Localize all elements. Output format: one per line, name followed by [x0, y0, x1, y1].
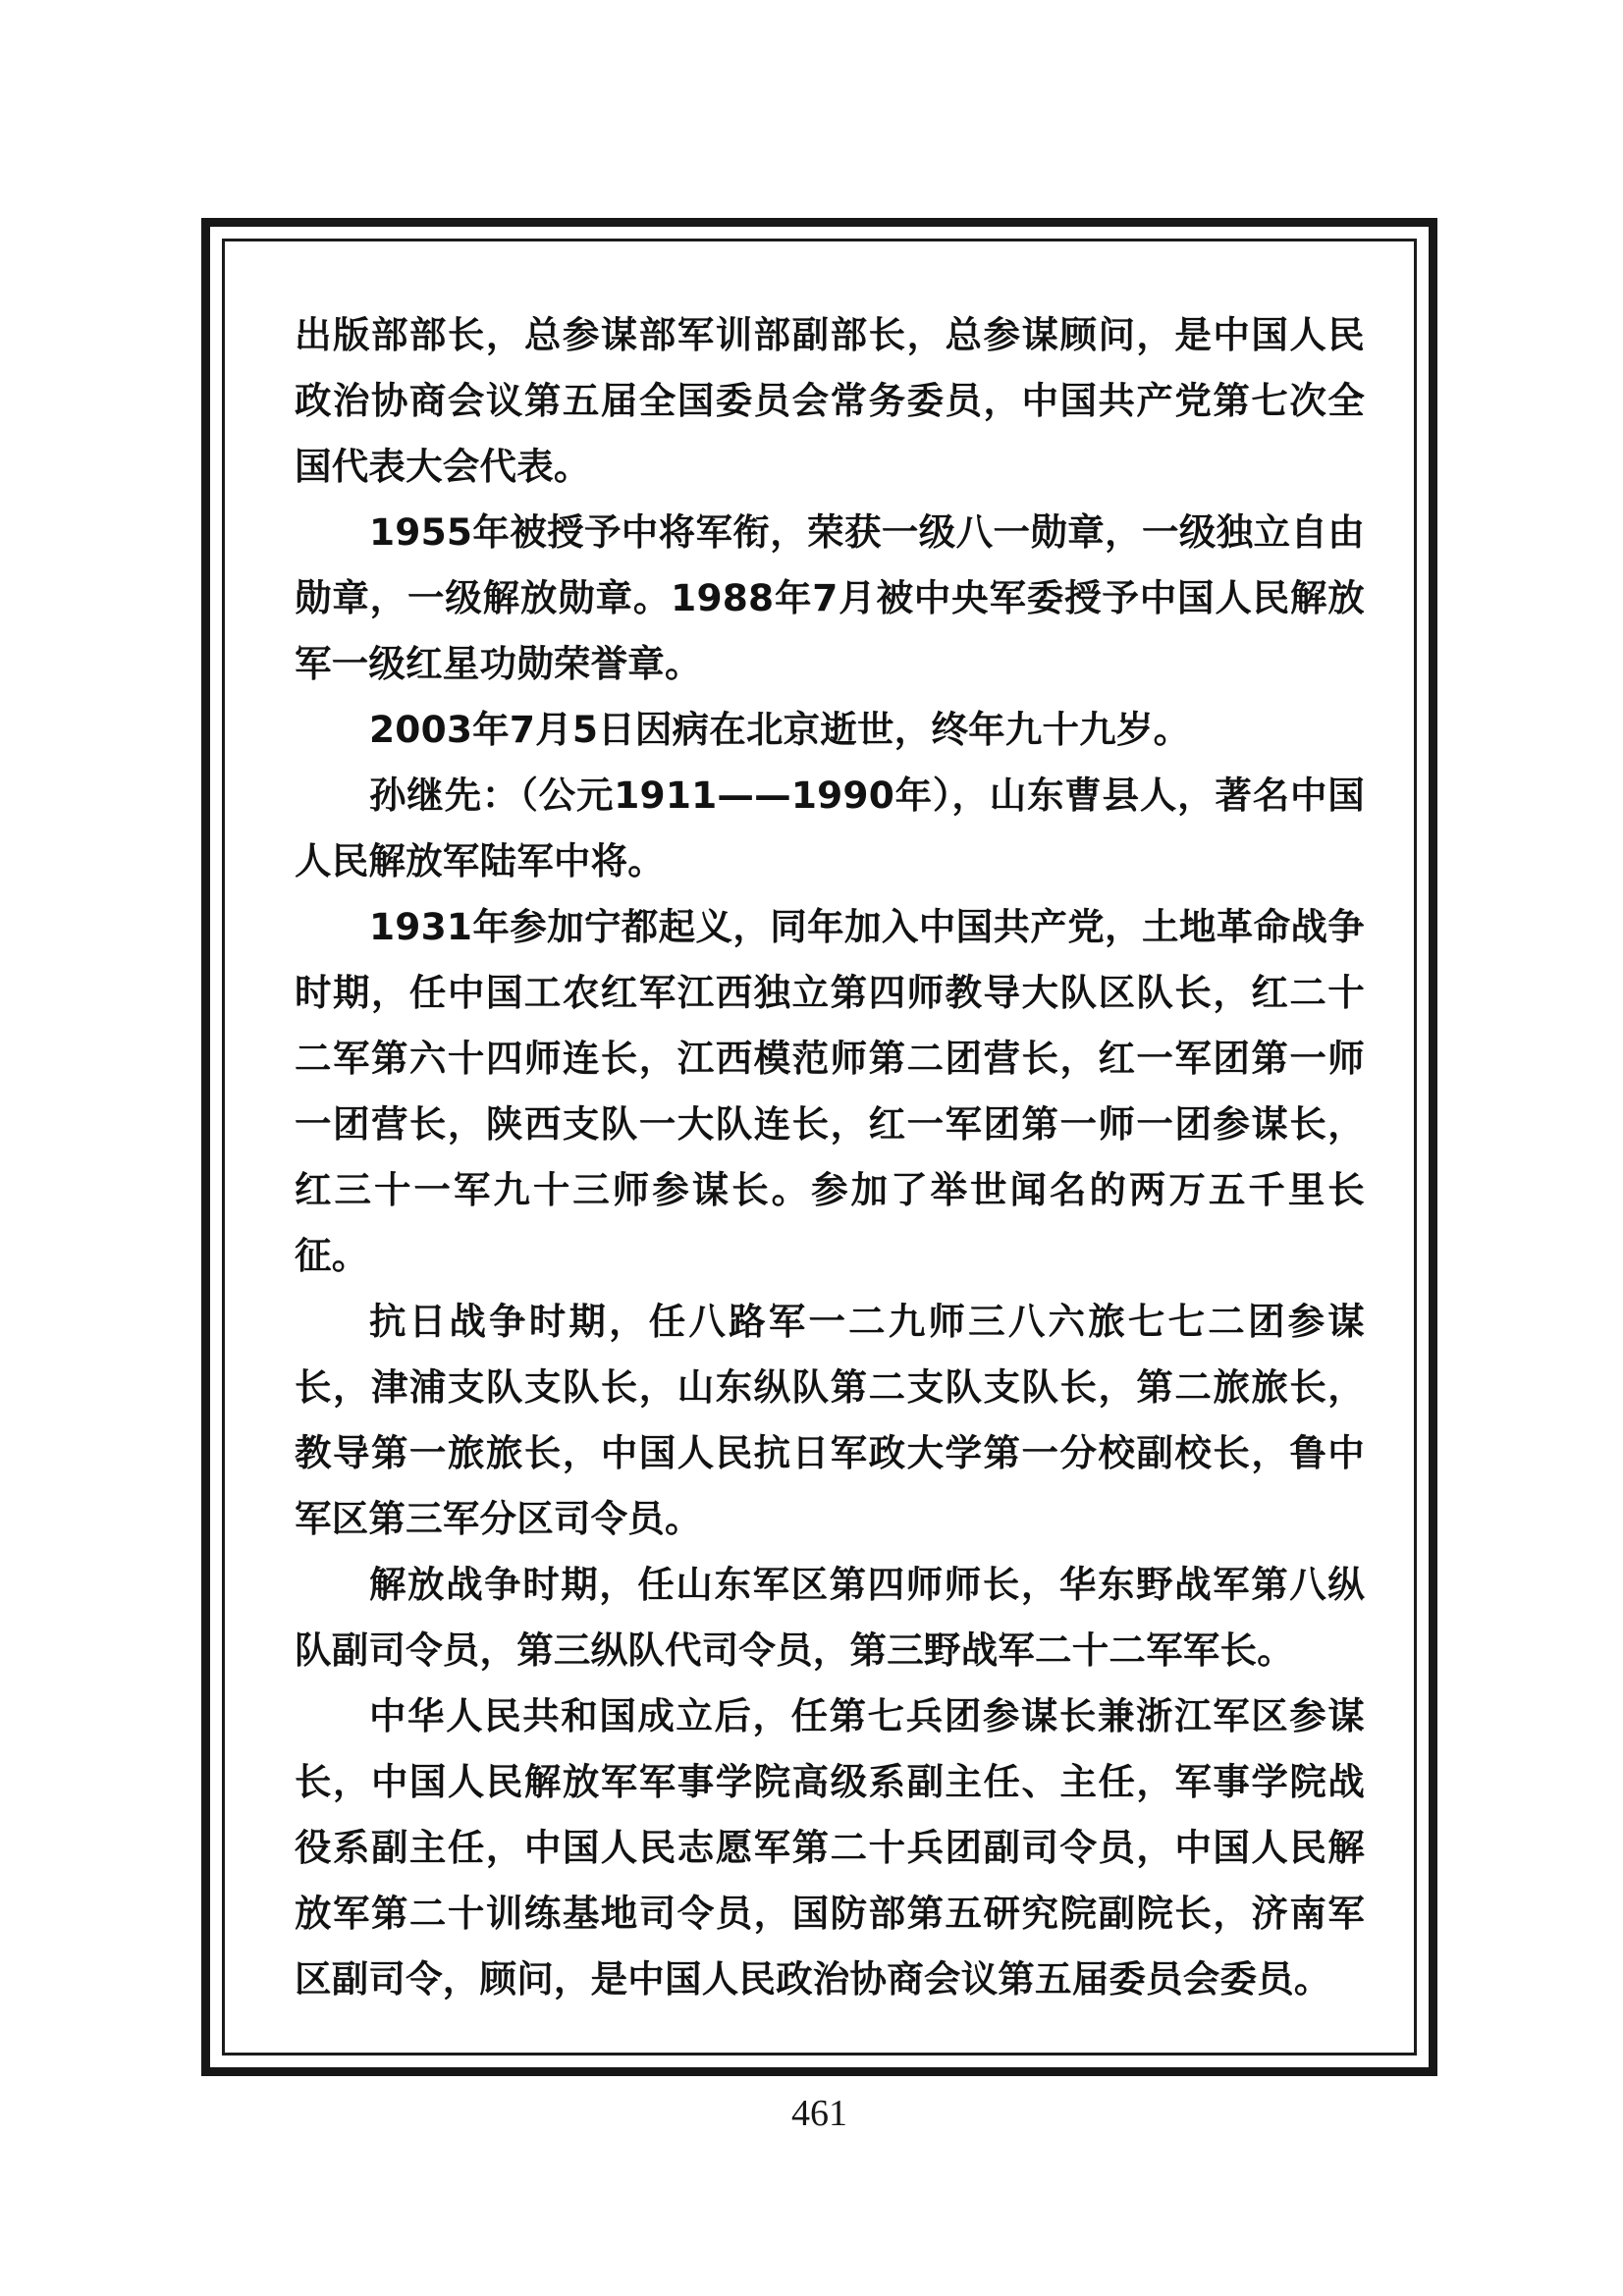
paragraph-2003-death: 2003年7月5日因病在北京逝世，终年九十九岁。 — [295, 697, 1365, 763]
paragraph-antijapanese-war: 抗日战争时期，任八路军一二九师三八六旅七七二团参谋长，津浦支队支队长，山东纵队第… — [295, 1289, 1365, 1552]
paragraph-prc-founding: 中华人民共和国成立后，任第七兵团参谋长兼浙江军区参谋长，中国人民解放军军事学院高… — [295, 1683, 1365, 2012]
paragraph-1931-career: 1931年参加宁都起义，同年加入中国共产党，土地革命战争时期，任中国工农红军江西… — [295, 894, 1365, 1289]
inner-border-frame: 出版部部长，总参谋部军训部副部长，总参谋顾问，是中国人民政治协商会议第五届全国委… — [222, 239, 1417, 2056]
paragraph-continued-bio: 出版部部长，总参谋部军训部副部长，总参谋顾问，是中国人民政治协商会议第五届全国委… — [295, 302, 1365, 500]
page-number: 461 — [201, 2091, 1437, 2136]
paragraph-sunjixian-intro: 孙继先：（公元1911——1990年），山东曹县人，著名中国人民解放军陆军中将。 — [295, 763, 1365, 894]
outer-border-frame: 出版部部长，总参谋部军训部副部长，总参谋顾问，是中国人民政治协商会议第五届全国委… — [201, 218, 1437, 2076]
paragraph-1955-awards: 1955年被授予中将军衔，荣获一级八一勋章，一级独立自由勋章，一级解放勋章。19… — [295, 500, 1365, 697]
paragraph-liberation-war: 解放战争时期，任山东军区第四师师长，华东野战军第八纵队副司令员，第三纵队代司令员… — [295, 1552, 1365, 1683]
